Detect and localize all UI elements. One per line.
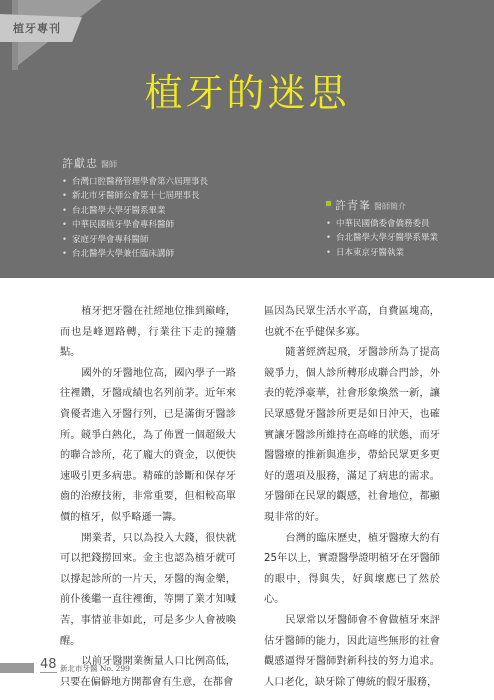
paragraph: 台灣的臨床歷史，植牙醫療大約有25年以上，實證醫學證明植牙在牙醫師的眼中，得與失… xyxy=(264,529,440,611)
paragraph: 區因為民眾生活水平高，自費區塊高，也就不在乎健保多寡。 xyxy=(264,302,440,343)
article-title: 植牙的迷思 xyxy=(0,62,494,117)
paragraph: 開業者，只以為投入大錢，很快就可以把錢撈回來。金主也認為植牙就可以撐起診所的一片… xyxy=(60,529,236,653)
author-role: 醫師簡介 xyxy=(374,202,406,211)
paragraph: 民眾常以牙醫師會不會做植牙來評估牙醫師的能力，因此這些無形的社會觀感逼得牙醫師對… xyxy=(264,611,440,693)
credential-item: 台北醫學大學牙醫系畢業 xyxy=(62,204,208,218)
author-name: 許青峯 xyxy=(335,199,371,212)
author-name: 許獻忠 xyxy=(62,157,98,170)
credential-list: 中華民國僑委會僑務委員 台北醫學大學牙醫學系畢業 日本東京牙醫執業 xyxy=(326,217,438,260)
author-block-1: 許獻忠醫師 台灣口腔醫務管理學會第六屆理事長 新北市牙醫師公會第十七屆理事長 台… xyxy=(62,152,208,261)
author-block-2: 許青峯醫師簡介 中華民國僑委會僑務委員 台北醫學大學牙醫學系畢業 日本東京牙醫執… xyxy=(326,194,438,260)
footer-bar xyxy=(0,663,34,673)
credential-item: 日本東京牙醫執業 xyxy=(326,246,438,260)
article-body: 植牙把牙醫在社經地位推到巔峰，而也是峰迴路轉，行業往下走的撞牆點。 國外的牙醫地… xyxy=(60,302,440,693)
paragraph: 隨著經濟起飛，牙醫診所為了提高競爭力，個人診所轉形成聯合門診，外表的乾淨豪華，社… xyxy=(264,343,440,528)
credential-list: 台灣口腔醫務管理學會第六屆理事長 新北市牙醫師公會第十七屆理事長 台北醫學大學牙… xyxy=(62,175,208,261)
credential-item: 中華民國僑委會僑務委員 xyxy=(326,217,438,231)
bullet-square-icon xyxy=(326,201,331,206)
credential-item: 新北市牙醫師公會第十七屆理事長 xyxy=(62,189,208,203)
credential-item: 中華民國植牙學會專科醫師 xyxy=(62,218,208,232)
credential-item: 台灣口腔醫務管理學會第六屆理事長 xyxy=(62,175,208,189)
author-role: 醫師 xyxy=(101,160,117,169)
paragraph: 國外的牙醫地位高，國內學子一路往裡鑽，牙醫成績也名列前茅。近年來資優者進入牙醫行… xyxy=(60,364,236,529)
credential-item: 家庭牙學會專科醫師 xyxy=(62,233,208,247)
credential-item: 台北醫學大學兼任臨床講師 xyxy=(62,247,208,261)
left-column: 植牙把牙醫在社經地位推到巔峰，而也是峰迴路轉，行業往下走的撞牆點。 國外的牙醫地… xyxy=(60,302,236,693)
publication-name: 新北市牙醫 No. 299 xyxy=(60,663,130,674)
section-tag: 植牙專刊 xyxy=(13,20,61,36)
credential-item: 台北醫學大學牙醫學系畢業 xyxy=(326,231,438,245)
right-column: 區因為民眾生活水平高，自費區塊高，也就不在乎健保多寡。 隨著經濟起飛，牙醫診所為… xyxy=(264,302,440,693)
paragraph: 植牙把牙醫在社經地位推到巔峰，而也是峰迴路轉，行業往下走的撞牆點。 xyxy=(60,302,236,364)
page-number: 48 xyxy=(40,657,57,673)
article-header: 植牙專刊 植牙的迷思 許獻忠醫師 台灣口腔醫務管理學會第六屆理事長 新北市牙醫師… xyxy=(0,0,494,278)
